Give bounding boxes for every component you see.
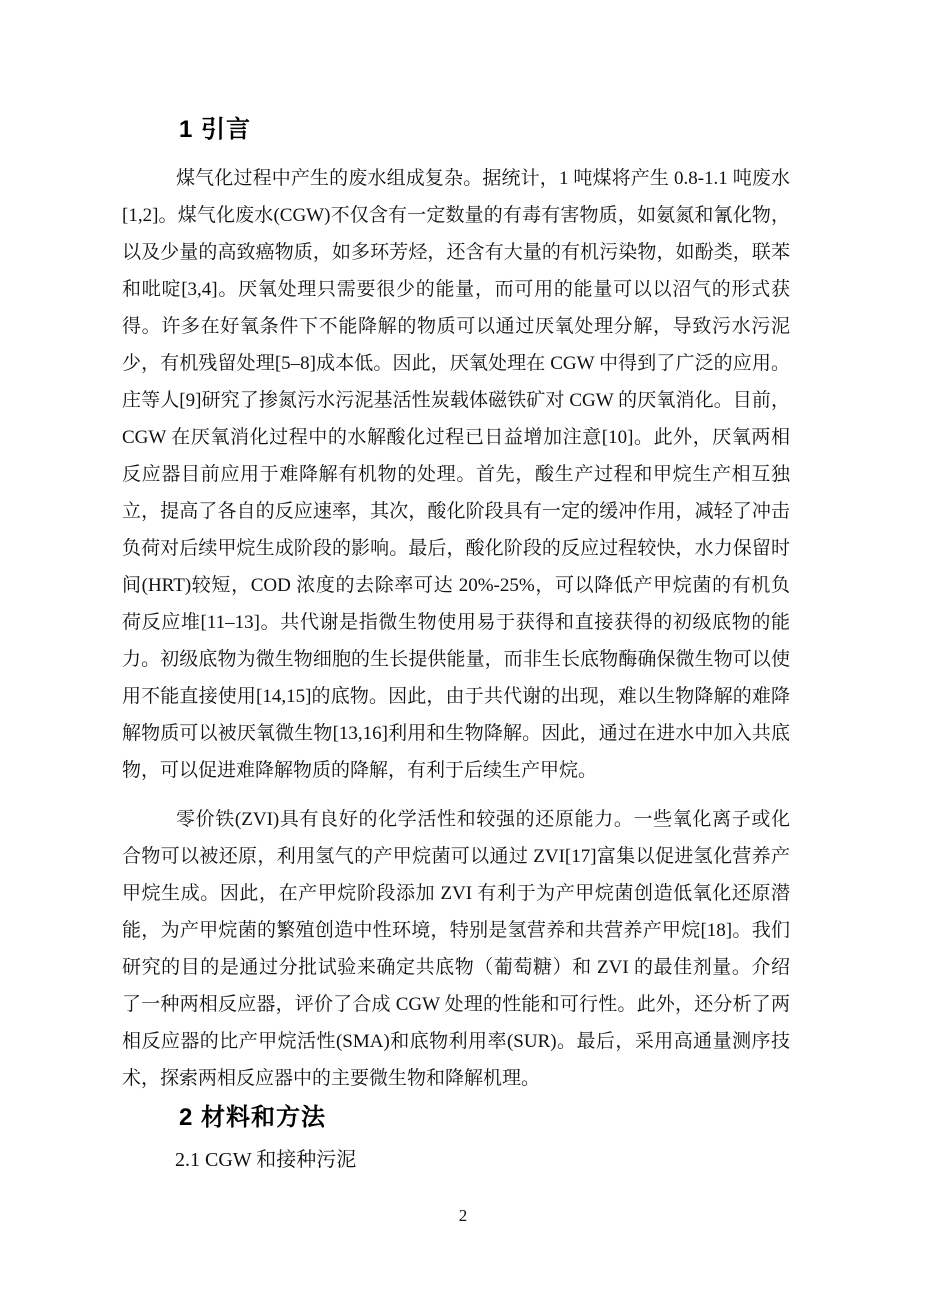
introduction-paragraph-1: 煤气化过程中产生的废水组成复杂。据统计，1 吨煤将产生 0.8-1.1 吨废水[…	[122, 160, 790, 789]
subsection-heading-cgw-sludge: 2.1 CGW 和接种污泥	[175, 1145, 790, 1175]
section-heading-materials-methods: 2 材料和方法	[179, 1101, 790, 1135]
introduction-paragraph-2: 零价铁(ZVI)具有良好的化学活性和较强的还原能力。一些氧化离子或化合物可以被还…	[122, 801, 790, 1097]
paper-page: 1 引言 煤气化过程中产生的废水组成复杂。据统计，1 吨煤将产生 0.8-1.1…	[0, 0, 926, 1309]
page-content: 1 引言 煤气化过程中产生的废水组成复杂。据统计，1 吨煤将产生 0.8-1.1…	[122, 0, 790, 1175]
page-number: 2	[0, 1206, 926, 1226]
section-heading-introduction: 1 引言	[179, 113, 790, 147]
